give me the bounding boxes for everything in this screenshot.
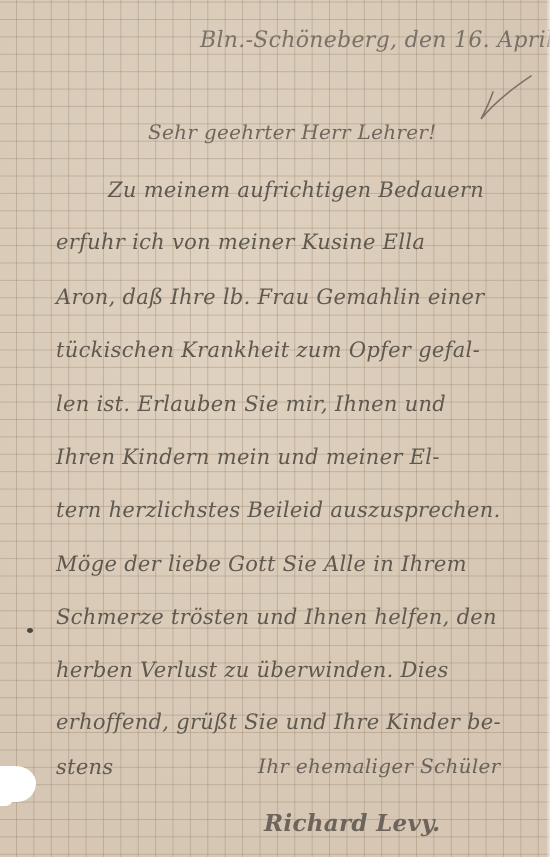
letter-sheet: Bln.-Schöneberg, den 16. April 192 Sehr … xyxy=(0,0,550,857)
body-line-9: Schmerze trösten und Ihnen helfen, den xyxy=(56,605,497,629)
body-line-10: herben Verlust zu überwinden. Dies xyxy=(56,658,449,682)
body-line-1: Zu meinem aufrichtigen Bedauern xyxy=(108,178,484,202)
body-line-6: Ihren Kindern mein und meiner El- xyxy=(56,445,440,469)
body-line-8: Möge der liebe Gott Sie Alle in Ihrem xyxy=(56,552,467,576)
body-line-4: tückischen Krankheit zum Opfer gefal- xyxy=(56,338,480,362)
closing: Ihr ehemaliger Schüler xyxy=(258,754,501,778)
torn-edge-fragment xyxy=(0,796,12,806)
body-line-3: Aron, daß Ihre lb. Frau Gemahlin einer xyxy=(56,285,485,309)
salutation: Sehr geehrter Herr Lehrer! xyxy=(148,120,437,144)
body-line-7: tern herzlichstes Beileid auszusprechen. xyxy=(56,498,501,522)
body-line-12: stens xyxy=(56,755,113,779)
signature: Richard Levy. xyxy=(264,810,441,837)
body-line-11: erhoffend, grüßt Sie und Ihre Kinder be- xyxy=(56,710,501,734)
check-mark-icon xyxy=(476,70,538,126)
dateline: Bln.-Schöneberg, den 16. April 192 xyxy=(200,28,550,53)
ink-dot xyxy=(27,628,33,633)
body-line-5: len ist. Erlauben Sie mir, Ihnen und xyxy=(56,392,446,416)
body-line-2: erfuhr ich von meiner Kusine Ella xyxy=(56,230,425,254)
paper-edge xyxy=(546,0,550,857)
